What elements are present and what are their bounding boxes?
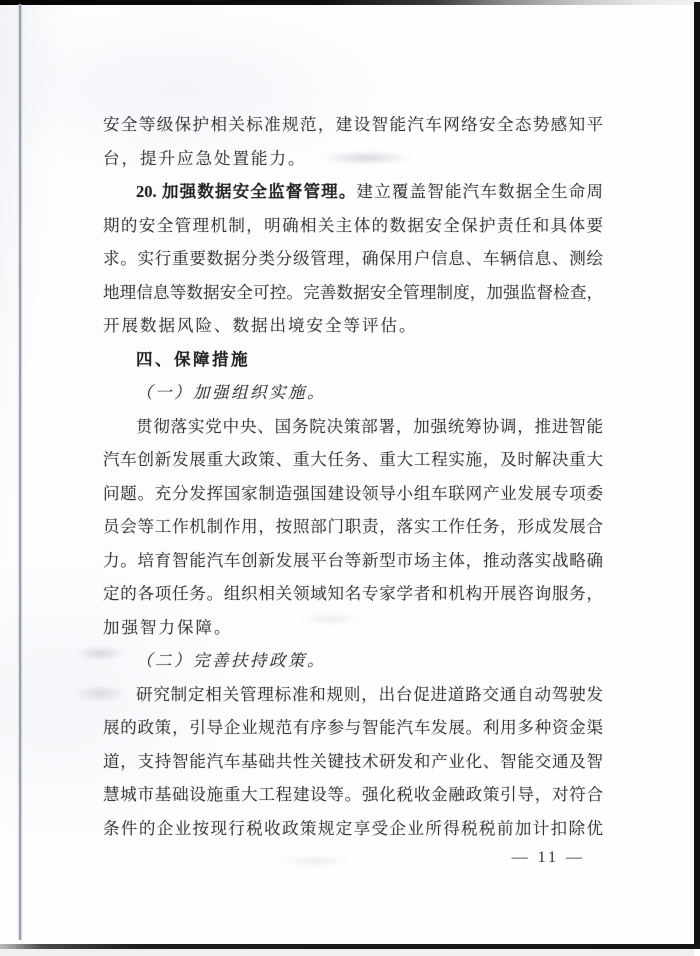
section-heading: 四、保障措施 [103, 343, 603, 377]
document-text-block: 安全等级保护相关标准规范，建设智能汽车网络安全态势感知平 台，提升应急处置能力。… [103, 108, 603, 845]
scanned-page: 安全等级保护相关标准规范，建设智能汽车网络安全态势感知平 台，提升应急处置能力。… [0, 0, 700, 956]
scan-edge-left [19, 4, 21, 940]
text-line: 定的各项任务。组织相关领域知名专家学者和机构开展咨询服务， [103, 577, 603, 611]
text-line: 期的安全管理机制，明确相关主体的数据安全保护责任和具体要 [103, 209, 603, 243]
text-line: 汽车创新发展重大政策、重大任务、重大工程实施，及时解决重大 [103, 443, 603, 477]
text-line: 台，提升应急处置能力。 [103, 142, 603, 176]
scan-edge-top [0, 0, 700, 5]
item-20-title: 20. 加强数据安全监督管理。 [136, 182, 357, 201]
text-line: 地理信息等数据安全可控。完善数据安全管理制度，加强监督检查， [103, 276, 603, 310]
item-20-body: 建立覆盖智能汽车数据全生命周 [357, 182, 603, 201]
text-line: 展的政策，引导企业规范有序参与智能汽车发展。利用多种资金渠 [103, 711, 603, 745]
subsection-heading: （二）完善扶持政策。 [103, 644, 603, 678]
scan-edge-bottom-light [0, 949, 694, 956]
subsection-heading: （一）加强组织实施。 [103, 376, 603, 410]
page-number: — 11 — [103, 841, 603, 875]
text-line: 条件的企业按现行税收政策规定享受企业所得税税前加计扣除优 [103, 812, 603, 846]
text-line: 员会等工作机制作用，按照部门职责，落实工作任务，形成发展合 [103, 510, 603, 544]
text-line-numbered-item: 20. 加强数据安全监督管理。建立覆盖智能汽车数据全生命周 [103, 175, 603, 209]
text-line: 加强智力保障。 [103, 611, 603, 645]
scan-edge-right [694, 2, 700, 949]
text-line: 安全等级保护相关标准规范，建设智能汽车网络安全态势感知平 [103, 108, 603, 142]
text-line: 贯彻落实党中央、国务院决策部署，加强统筹协调，推进智能 [103, 410, 603, 444]
text-line: 求。实行重要数据分类分级管理，确保用户信息、车辆信息、测绘 [103, 242, 603, 276]
text-line: 力。培育智能汽车创新发展平台等新型市场主体，推动落实战略确 [103, 544, 603, 578]
text-line: 开展数据风险、数据出境安全等评估。 [103, 309, 603, 343]
text-line: 研究制定相关管理标准和规则，出台促进道路交通自动驾驶发 [103, 678, 603, 712]
text-line: 问题。充分发挥国家制造强国建设领导小组车联网产业发展专项委 [103, 477, 603, 511]
text-line: 慧城市基础设施重大工程建设等。强化税收金融政策引导，对符合 [103, 778, 603, 812]
text-line: 道，支持智能汽车基础共性关键技术研发和产业化、智能交通及智 [103, 745, 603, 779]
